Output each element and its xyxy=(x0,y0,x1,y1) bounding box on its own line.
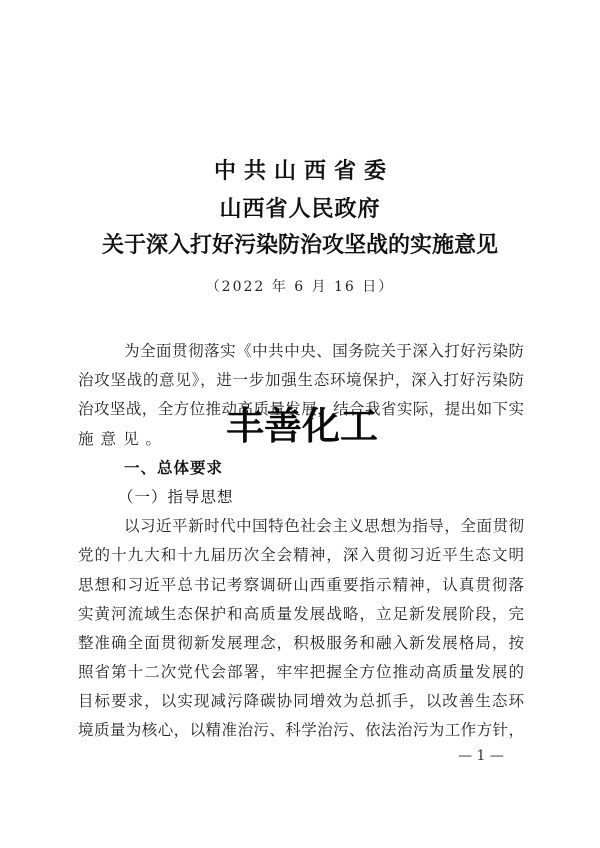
guiding-paragraph-line: 思想和习近平总书记考察调研山西重要指示精神，认真贯彻落 xyxy=(78,571,524,600)
document-page: 中共山西省委 山西省人民政府 关于深入打好污染防治攻坚战的实施意见 （2022 … xyxy=(0,0,600,848)
subsection-heading: （一）指导思想 xyxy=(78,483,524,512)
guiding-paragraph-line: 整准确全面贯彻新发展理念，积极服务和融入新发展格局，按 xyxy=(78,629,524,658)
intro-paragraph-line: 治攻坚战的意见》，进一步加强生态环境保护，深入打好污染防 xyxy=(78,366,524,395)
document-title-issuer-government: 山西省人民政府 xyxy=(0,196,600,222)
guiding-paragraph-line: 实黄河流域生态保护和高质量发展战略，立足新发展阶段，完 xyxy=(78,600,524,629)
guiding-paragraph-line: 照省第十二次党代会部署，牢牢把握全方位推动高质量发展的 xyxy=(78,658,524,687)
document-date: （2022 年 6 月 16 日） xyxy=(0,277,600,297)
document-title-subject: 关于深入打好污染防治攻坚战的实施意见 xyxy=(0,232,600,258)
guiding-paragraph-line: 以习近平新时代中国特色社会主义思想为指导，全面贯彻 xyxy=(78,512,524,541)
intro-paragraph-line: 为全面贯彻落实《中共中央、国务院关于深入打好污染防 xyxy=(78,337,524,366)
watermark-logo-text: 丰善化工 xyxy=(222,402,382,450)
document-title-issuer-party: 中共山西省委 xyxy=(0,158,600,184)
guiding-paragraph-line: 目标要求，以实现减污降碳协同增效为总抓手，以改善生态环 xyxy=(78,687,524,716)
document-body: 为全面贯彻落实《中共中央、国务院关于深入打好污染防 治攻坚战的意见》，进一步加强… xyxy=(78,337,524,746)
guiding-paragraph-line: 党的十九大和十九届历次全会精神，深入贯彻习近平生态文明 xyxy=(78,541,524,570)
guiding-paragraph-line: 境质量为核心，以精准治污、科学治污、依法治污为工作方针， xyxy=(78,716,524,745)
section-heading: 一、总体要求 xyxy=(78,454,524,483)
page-number: — 1 — xyxy=(450,747,512,765)
